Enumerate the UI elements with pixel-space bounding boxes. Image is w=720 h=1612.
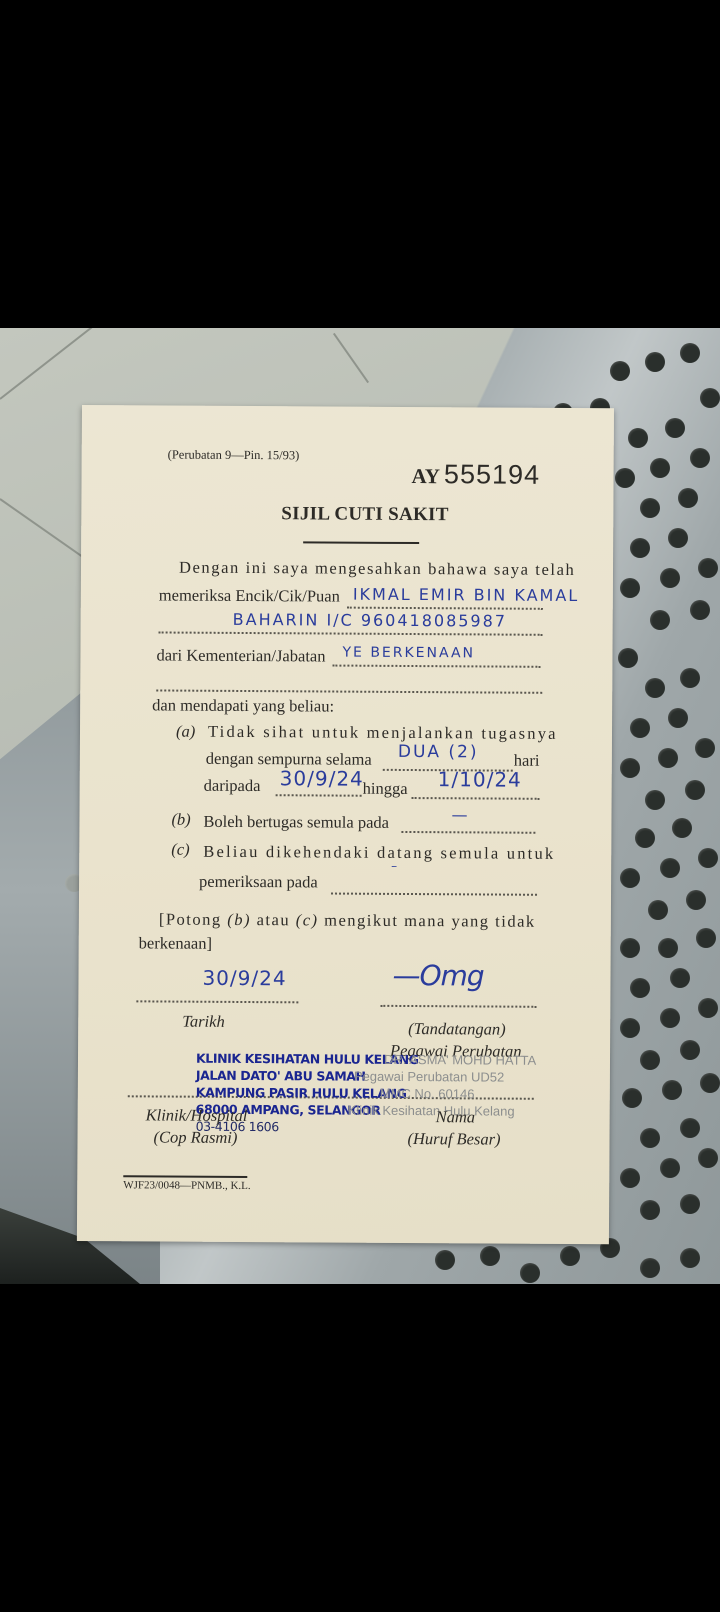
patient-name-line-2-underline [159,631,543,635]
perforation-hole [700,1073,720,1093]
note-c: (c) [296,910,319,929]
from-date-value: 30/9/24 [280,766,364,791]
perforation-hole [520,1263,540,1283]
perforation-hole [640,498,660,518]
perforation-hole [615,468,635,488]
note-line-1: [Potong (b) atau (c) mengikut mana yang … [159,909,536,931]
perforation-hole [672,818,692,838]
perforation-hole [620,868,640,888]
footer-code: WJF23/0048—PNMB., K.L. [123,1179,251,1192]
from-label: daripada [204,776,261,796]
perforation-hole [630,718,650,738]
perforation-hole [645,352,665,372]
clinic-label: Klinik/Hospital [146,1105,248,1126]
perforation-hole [698,558,718,578]
sick-leave-certificate: (Perubatan 9—Pin. 15/93) AY 555194 SIJIL… [77,405,614,1244]
serial-prefix: AY [411,464,440,488]
to-label: hingga [363,779,408,799]
item-a-marker: (a) [176,722,195,742]
perforation-hole [660,1008,680,1028]
perforation-hole [640,1258,660,1278]
perforation-hole [630,538,650,558]
perforation-hole [650,458,670,478]
note-mid: atau [257,910,291,929]
item-c-underline [331,893,537,896]
perforation-hole [645,678,665,698]
form-reference: (Perubatan 9—Pin. 15/93) [168,448,300,464]
perforation-hole [610,361,630,381]
patient-label: memeriksa Encik/Cik/Puan [159,585,340,606]
name-sub-label: (Huruf Besar) [407,1129,500,1150]
perforation-hole [620,1168,640,1188]
patient-name-line [347,607,543,610]
perforation-hole [686,890,706,910]
doctor-stamp-line: DR. ASMA' MOHD HATTA [348,1051,536,1069]
date-value: 30/9/24 [202,966,286,991]
perforation-hole [698,848,718,868]
date-underline [136,1000,298,1003]
doctor-stamp-line: MMC No. 60146 [348,1085,536,1103]
item-c-value: – [391,859,399,873]
perforation-hole [680,1194,700,1214]
doctor-stamp-line: Pegawai Perubatan UD52 [348,1068,536,1086]
perforation-hole [690,448,710,468]
finding-label: dan mendapati yang beliau: [152,695,334,716]
to-underline [412,797,540,800]
item-c-line-1: Beliau dikehendaki datang semula untuk [203,842,555,864]
perforation-hole [690,600,710,620]
perforation-hole [645,790,665,810]
perforation-hole [685,780,705,800]
department-value: YE BERKENAAN [342,645,475,662]
item-a-line-1: Tidak sihat untuk menjalankan tugasnya [208,722,558,744]
perforation-hole [660,1158,680,1178]
from-underline [276,794,362,797]
perforation-hole [618,648,638,668]
perforation-hole [660,858,680,878]
to-date-value: 1/10/24 [438,767,522,792]
perforation-hole [670,968,690,988]
perforation-hole [695,738,715,758]
perforation-hole [680,343,700,363]
patient-name-line-2: BAHARIN I/C 960418085987 [233,610,507,631]
item-c-label: pemeriksaan pada [199,872,318,893]
perforation-hole [560,1246,580,1266]
perforation-hole [658,748,678,768]
date-label: Tarikh [182,1012,225,1032]
clinic-sub-label: (Cop Rasmi) [153,1127,237,1148]
perforation-hole [680,1040,700,1060]
perforation-hole [698,998,718,1018]
note-pre: [Potong [159,909,222,928]
department-underline-2 [156,689,542,693]
perforation-hole [680,1118,700,1138]
perforation-hole [480,1246,500,1266]
item-b-label: Boleh bertugas semula pada [203,812,389,833]
perforation-hole [662,1080,682,1100]
perforation-hole [660,568,680,588]
item-b-underline [401,831,535,834]
perforation-hole [640,1200,660,1220]
signature-underline [380,1005,536,1008]
item-b-value: — [451,805,469,824]
item-b-marker: (b) [171,810,190,830]
perforation-hole [620,1018,640,1038]
perforation-hole [628,428,648,448]
perforation-hole [622,1088,642,1108]
perforation-hole [640,1128,660,1148]
title-underline [303,541,419,544]
item-c-marker: (c) [171,840,189,860]
footer-rule [123,1175,247,1177]
perforation-hole [698,1148,718,1168]
page-title: SIJIL CUTI SAKIT [281,503,449,526]
signature: —Omg [392,959,483,993]
perforation-hole [630,978,650,998]
intro-line-1: Dengan ini saya mengesahkan bahawa saya … [179,558,575,580]
perforation-hole [620,578,640,598]
perforation-hole [700,388,720,408]
perforation-hole [668,708,688,728]
perforation-hole [696,928,716,948]
perforation-hole [680,1248,700,1268]
perforation-hole [648,900,668,920]
perforation-hole [620,938,640,958]
department-underline [332,665,540,668]
perforation-hole [680,668,700,688]
perforation-hole [650,610,670,630]
perforation-hole [620,758,640,778]
perforation-hole [668,528,688,548]
perforation-hole [435,1250,455,1270]
note-b: (b) [227,910,251,929]
days-value: DUA (2) [398,742,479,762]
name-label: Nama [436,1107,476,1127]
perforation-hole [640,1050,660,1070]
serial-number: AY 555194 [411,459,540,491]
note-post: mengikut mana yang tidak [324,910,536,930]
department-label: dari Kementerian/Jabatan [156,645,325,666]
serial-digits: 555194 [444,459,540,490]
signature-label: (Tandatangan) [408,1019,506,1040]
perforation-hole [658,938,678,958]
patient-name-line-1: IKMAL EMIR BIN KAMAL [353,585,579,605]
perforation-hole [665,418,685,438]
note-line-2: berkenaan] [139,933,212,953]
perforation-hole [635,828,655,848]
perforation-hole [678,488,698,508]
